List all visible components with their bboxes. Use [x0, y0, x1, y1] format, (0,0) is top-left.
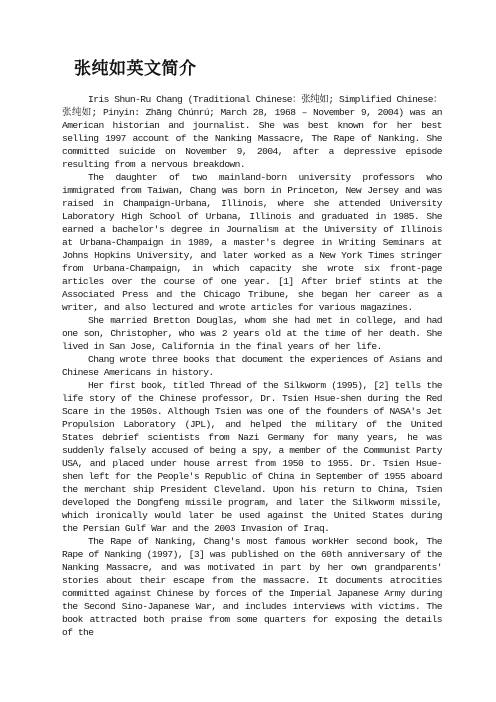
page-title: 张纯如英文简介 — [74, 58, 496, 80]
document-body: Iris Shun-Ru Chang (Traditional Chinese：… — [62, 93, 442, 639]
paragraph: The daughter of two mainland-born univer… — [62, 171, 442, 314]
paragraph: Chang wrote three books that document th… — [62, 353, 442, 379]
paragraph: The Rape of Nanking, Chang's most famous… — [62, 535, 442, 639]
document-page: 张纯如英文简介 Iris Shun-Ru Chang (Traditional … — [0, 0, 496, 702]
paragraph: Her first book, titled Thread of the Sil… — [62, 379, 442, 535]
paragraph: She married Bretton Douglas, whom she ha… — [62, 314, 442, 353]
paragraph: Iris Shun-Ru Chang (Traditional Chinese：… — [62, 93, 442, 171]
